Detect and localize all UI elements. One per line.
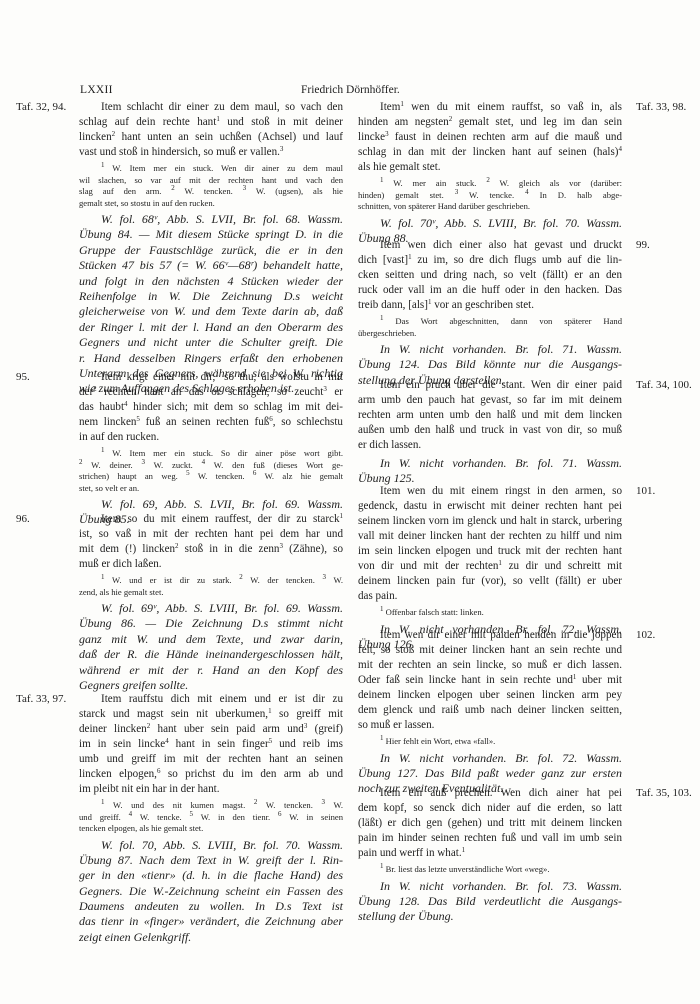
entry: 95.Item krigt einer mit dir,1 so thu, al… xyxy=(79,370,343,528)
entry-text: Item rauffstu dich mit einem und er ist … xyxy=(79,692,343,797)
text-line: das pain. xyxy=(358,589,622,604)
text-line: er dich lassen. xyxy=(358,438,622,453)
text-line: W. fol. 69ᵛ, Abb. S. LVIII, Br. fol. 69.… xyxy=(79,601,343,616)
text-line: Reihenfolge in W. Die Zeichnung D.s weic… xyxy=(79,289,343,304)
text-line: wil slachen, so var auf mit der rechten … xyxy=(79,175,343,187)
text-line: und greiff. 4 W. tencke. 5 W. in den tie… xyxy=(79,812,343,824)
text-line: lincken elpogen,6 so prichst du im den a… xyxy=(79,767,343,782)
text-line: In W. nicht vorhanden. Br. fol. 71. Wass… xyxy=(358,342,622,357)
text-line: Gruppe der Faustschläge zurück, die er i… xyxy=(79,243,343,258)
text-line: in auf den rucken. xyxy=(79,430,343,445)
entry: 96.Item so du mit einem rauffest, der di… xyxy=(79,512,343,693)
entry-text: Item schlacht dir einer zu dem maul, so … xyxy=(79,100,343,160)
text-line: 1 Das Wort abgeschnitten, dann von späte… xyxy=(358,316,622,328)
text-line: nem lincken5 fuß an seinen rechten fuß6,… xyxy=(79,415,343,430)
entry-text: Item ein pruch uber die stant. Wen dir e… xyxy=(358,378,622,453)
text-line: von dir und mit der rechten1 zu dir und … xyxy=(358,559,622,574)
text-line: starck und magst sein nit uberkumen,1 so… xyxy=(79,707,343,722)
text-line: Item wen dich einer also hat gevast und … xyxy=(358,238,622,253)
entry: Taf. 34, 100.Item ein pruch uber die sta… xyxy=(358,378,622,487)
text-line: gemalt stet, so stostu in auf den rucken… xyxy=(79,198,343,210)
text-line: im sein lincken elpogen und truck mit de… xyxy=(358,544,622,559)
footnotes: 1 W. Item mer ein stuck. Wen dir ainer z… xyxy=(79,163,343,209)
text-line: mit der rechten an sein lincke, so muß e… xyxy=(358,658,622,673)
text-line: 1 Br. liest das letzte unverständliche W… xyxy=(358,864,622,876)
text-line: Gegners. Die W.-Zeichnung scheint ein Fa… xyxy=(79,884,343,899)
text-line: vall mit deiner lincken hant der rechten… xyxy=(358,529,622,544)
footnotes: 1 W. Item mer ein stuck. So dir ainer pö… xyxy=(79,448,343,494)
text-line: In W. nicht vorhanden. Br. fol. 73. Wass… xyxy=(358,879,622,894)
footnotes: 1 W. mer ain stuck. 2 W. gleich als vor … xyxy=(358,178,622,213)
running-title: Friedrich Dörnhöffer. xyxy=(301,84,400,96)
text-line: deinem lincken pain fur (vor), so vellt … xyxy=(358,574,622,589)
text-line: cken seitten und dring nach, so velt (fä… xyxy=(358,268,622,283)
text-line: Übung 84. — Mit diesem Stücke springt D.… xyxy=(79,227,343,242)
footnotes: 1 Br. liest das letzte unverständliche W… xyxy=(358,864,622,876)
text-line: umb und greiff im mit der rechten hant a… xyxy=(79,752,343,767)
text-line: außen umb den halß und truck in vast von… xyxy=(358,423,622,438)
margin-reference: 101. xyxy=(636,485,655,497)
text-line: dem glenck und raiß umb nach deiner linc… xyxy=(358,703,622,718)
text-line: ist, so vaß in mit der rechten hant pei … xyxy=(79,527,343,542)
entry: 102.Item wen dir einer mit paiden henden… xyxy=(358,628,622,797)
text-line: im in sein lincke4 hant in sein finger5 … xyxy=(79,737,343,752)
text-line: W. fol. 70, Abb. S. LVIII, Br. fol. 70. … xyxy=(79,838,343,853)
commentary: W. fol. 68ᵛ, Abb. S. LVII, Br. fol. 68. … xyxy=(79,212,343,397)
text-line: hinden) gemalt stet. 3 W. tencke. 4 In D… xyxy=(358,190,622,202)
text-line: so muß er lassen. xyxy=(358,718,622,733)
text-line: In W. nicht vorhanden. Br. fol. 71. Wass… xyxy=(358,456,622,471)
text-line: arm umb den pauch hat gevast, so far im … xyxy=(358,393,622,408)
text-line: deiner lincken2 hant uber sein paid arm … xyxy=(79,722,343,737)
text-line: Item wen dir einer mit paiden henden in … xyxy=(358,628,622,643)
text-line: r. Hand desselben Ringers erfaßt den erh… xyxy=(79,351,343,366)
text-line: strichen) haupt an weg. 5 W. tencken. 6 … xyxy=(79,471,343,483)
text-line: schlag auf dein rechte hant1 und stoß in… xyxy=(79,115,343,130)
margin-reference: 102. xyxy=(636,629,655,641)
commentary: In W. nicht vorhanden. Br. fol. 71. Wass… xyxy=(358,456,622,487)
text-line: Stücken 47 bis 57 (= W. 66ᵛ—68ʳ) behande… xyxy=(79,258,343,273)
entry: Taf. 33, 97.Item rauffstu dich mit einem… xyxy=(79,692,343,945)
text-line: der2 rechten hant an das or schlagen, so… xyxy=(79,385,343,400)
entry-text: Item so du mit einem rauffest, der dir z… xyxy=(79,512,343,572)
text-line: und folgt in den nächsten 4 Stücken wied… xyxy=(79,274,343,289)
entry-text: Item wen du mit einem ringst in den arme… xyxy=(358,484,622,604)
text-line: Gegners und nicht unter die Schulter gre… xyxy=(79,335,343,350)
text-line: pain und werff in what.1 xyxy=(358,846,622,861)
margin-reference: 99. xyxy=(636,239,650,251)
text-line: 1 W. mer ain stuck. 2 W. gleich als vor … xyxy=(358,178,622,190)
text-line: 1 W. und er ist dir zu stark. 2 W. der t… xyxy=(79,575,343,587)
text-line: ger in den «tienr» (d. h. in die flache … xyxy=(79,868,343,883)
text-line: während er mit der r. Hand an den Kopf d… xyxy=(79,663,343,678)
text-line: W. fol. 70ᵛ, Abb. S. LVIII, Br. fol. 70.… xyxy=(358,216,622,231)
text-line: im pleibt nit ein har in der hant. xyxy=(79,782,343,797)
page-number: LXXII xyxy=(80,84,113,96)
margin-reference: Taf. 33, 98. xyxy=(636,101,686,113)
text-line: Item so du mit einem rauffest, der dir z… xyxy=(79,512,343,527)
text-line: ruck oder vall im an die huff oder in de… xyxy=(358,283,622,298)
text-line: Übung 128. Das Bild verdeutlicht die Aus… xyxy=(358,894,622,909)
text-line: ganz mit W. und dem Texte, und zwar dari… xyxy=(79,632,343,647)
text-line: 1 W. Item mer ein stuck. Wen dir ainer z… xyxy=(79,163,343,175)
text-line: Item ein auß prechen. Wen dich ainer hat… xyxy=(358,786,622,801)
margin-reference: 96. xyxy=(16,513,30,525)
text-line: das tienr in «finger» verändert, die Zei… xyxy=(79,914,343,929)
text-line: vast und stoß in hindersich, so muß er v… xyxy=(79,145,343,160)
text-line: 1 W. und des nit kumen magst. 2 W. tenck… xyxy=(79,800,343,812)
text-line: Übung 124. Das Bild könnte nur die Ausga… xyxy=(358,357,622,372)
entry-text: Item1 wen du mit einem rauffst, so vaß i… xyxy=(358,100,622,175)
commentary: W. fol. 69ᵛ, Abb. S. LVIII, Br. fol. 69.… xyxy=(79,601,343,693)
text-line: mit dem (!) lincken2 stoß in in die zenn… xyxy=(79,542,343,557)
text-line: stet, so velt er an. xyxy=(79,483,343,495)
text-line: lincke3 faust in deinen rechten arm auf … xyxy=(358,130,622,145)
text-line: W. fol. 68ᵛ, Abb. S. LVII, Br. fol. 68. … xyxy=(79,212,343,227)
entry: Taf. 32, 94.Item schlacht dir einer zu d… xyxy=(79,100,343,397)
margin-reference: Taf. 32, 94. xyxy=(16,101,66,113)
entry-text: Item ein auß prechen. Wen dich ainer hat… xyxy=(358,786,622,861)
text-line: 1 Offenbar falsch statt: linken. xyxy=(358,607,622,619)
text-line: Item krigt einer mit dir,1 so thu, als w… xyxy=(79,370,343,385)
text-line: Übung 127. Das Bild paßt weder ganz zur … xyxy=(358,766,622,781)
text-line: 1 Hier fehlt ein Wort, etwa «fall». xyxy=(358,736,622,748)
text-line: Oder faß sein lincke hant in sein rechte… xyxy=(358,673,622,688)
entry-text: Item krigt einer mit dir,1 so thu, als w… xyxy=(79,370,343,445)
text-line: Item wen du mit einem ringst in den arme… xyxy=(358,484,622,499)
text-line: tencken elpogen, als hie gemalt stet. xyxy=(79,823,343,835)
text-line: Daumens andeuten zu wollen. In D.s Text … xyxy=(79,899,343,914)
margin-reference: 95. xyxy=(16,371,30,383)
text-line: seinem lincken vorn im glenck und halt i… xyxy=(358,514,622,529)
text-line: In W. nicht vorhanden. Br. fol. 72. Wass… xyxy=(358,751,622,766)
text-line: Item1 wen du mit einem rauffst, so vaß i… xyxy=(358,100,622,115)
text-line: gleicherweise von W. und dem Texte darin… xyxy=(79,304,343,319)
margin-reference: Taf. 35, 103. xyxy=(636,787,692,799)
footnotes: 1 Offenbar falsch statt: linken. xyxy=(358,607,622,619)
text-line: zeigt einen Gelenkgriff. xyxy=(79,930,343,945)
commentary: W. fol. 70, Abb. S. LVIII, Br. fol. 70. … xyxy=(79,838,343,946)
text-line: rechten arm unten umb den halß und mit d… xyxy=(358,408,622,423)
text-line: als hie gemalt stet. xyxy=(358,160,622,175)
margin-reference: Taf. 34, 100. xyxy=(636,379,692,391)
text-line: slag auf den arm. 2 W. tencken. 3 W. (ug… xyxy=(79,186,343,198)
text-line: das haubt4 hinder sich; mit dem so schla… xyxy=(79,400,343,415)
text-line: der Ringer l. mit der l. Hand an den Obe… xyxy=(79,320,343,335)
text-line: (läßt) er dich gen (gehen) und tritt mit… xyxy=(358,816,622,831)
text-line: 1 W. Item mer ein stuck. So dir ainer pö… xyxy=(79,448,343,460)
text-line: gedenck, dastu in erwischt mit deiner re… xyxy=(358,499,622,514)
footnotes: 1 W. und des nit kumen magst. 2 W. tenck… xyxy=(79,800,343,835)
text-line: Item rauffstu dich mit einem und er ist … xyxy=(79,692,343,707)
text-line: treib dann, [als]1 vor an geschriben ste… xyxy=(358,298,622,313)
entry: 99.Item wen dich einer also hat gevast u… xyxy=(358,238,622,388)
text-line: Übung 86. — Die Zeichnung D.s stimmt nic… xyxy=(79,616,343,631)
text-line: stellung der Übung. xyxy=(358,909,622,924)
margin-reference: Taf. 33, 97. xyxy=(16,693,66,705)
footnotes: 1 Das Wort abgeschnitten, dann von späte… xyxy=(358,316,622,339)
entry: Taf. 35, 103.Item ein auß prechen. Wen d… xyxy=(358,786,622,925)
text-line: dich [vast]1 zu im, so dre dich flugs um… xyxy=(358,253,622,268)
entry-text: Item wen dich einer also hat gevast und … xyxy=(358,238,622,313)
text-line: schlag in dan mit der lincken hant auf s… xyxy=(358,145,622,160)
text-line: Item ein pruch uber die stant. Wen dir e… xyxy=(358,378,622,393)
text-line: deinem lincken elpogen uber seinen linck… xyxy=(358,688,622,703)
text-line: zend, als hie gemalt stet. xyxy=(79,587,343,599)
text-line: felt, so stoß mit deiner lincken hant an… xyxy=(358,643,622,658)
text-line: muß er dich laßen. xyxy=(79,557,343,572)
footnotes: 1 W. und er ist dir zu stark. 2 W. der t… xyxy=(79,575,343,598)
text-line: hinden am negsten2 gemalt stet, und leg … xyxy=(358,115,622,130)
text-line: daß der R. die Hände ineinandergeschloss… xyxy=(79,647,343,662)
text-line: 2 W. deiner. 3 W. zuckt. 4 W. den fuß (d… xyxy=(79,460,343,472)
entry-text: Item wen dir einer mit paiden henden in … xyxy=(358,628,622,733)
footnotes: 1 Hier fehlt ein Wort, etwa «fall». xyxy=(358,736,622,748)
text-line: dem kopf, so senck dich nider auf die er… xyxy=(358,801,622,816)
text-line: W. fol. 69, Abb. S. LVII, Br. fol. 69. W… xyxy=(79,497,343,512)
entry: Taf. 33, 98.Item1 wen du mit einem rauff… xyxy=(358,100,622,246)
text-line: pain im hinder seinen rechten fuß und va… xyxy=(358,831,622,846)
text-line: Übung 87. Nach dem Text in W. greift der… xyxy=(79,853,343,868)
text-line: übergeschrieben. xyxy=(358,328,622,340)
text-line: Item schlacht dir einer zu dem maul, so … xyxy=(79,100,343,115)
text-line: lincken2 hant unten an sein uchßen (Achs… xyxy=(79,130,343,145)
text-line: schnitten, von späterer Hand darüber ges… xyxy=(358,201,622,213)
commentary: In W. nicht vorhanden. Br. fol. 73. Wass… xyxy=(358,879,622,925)
